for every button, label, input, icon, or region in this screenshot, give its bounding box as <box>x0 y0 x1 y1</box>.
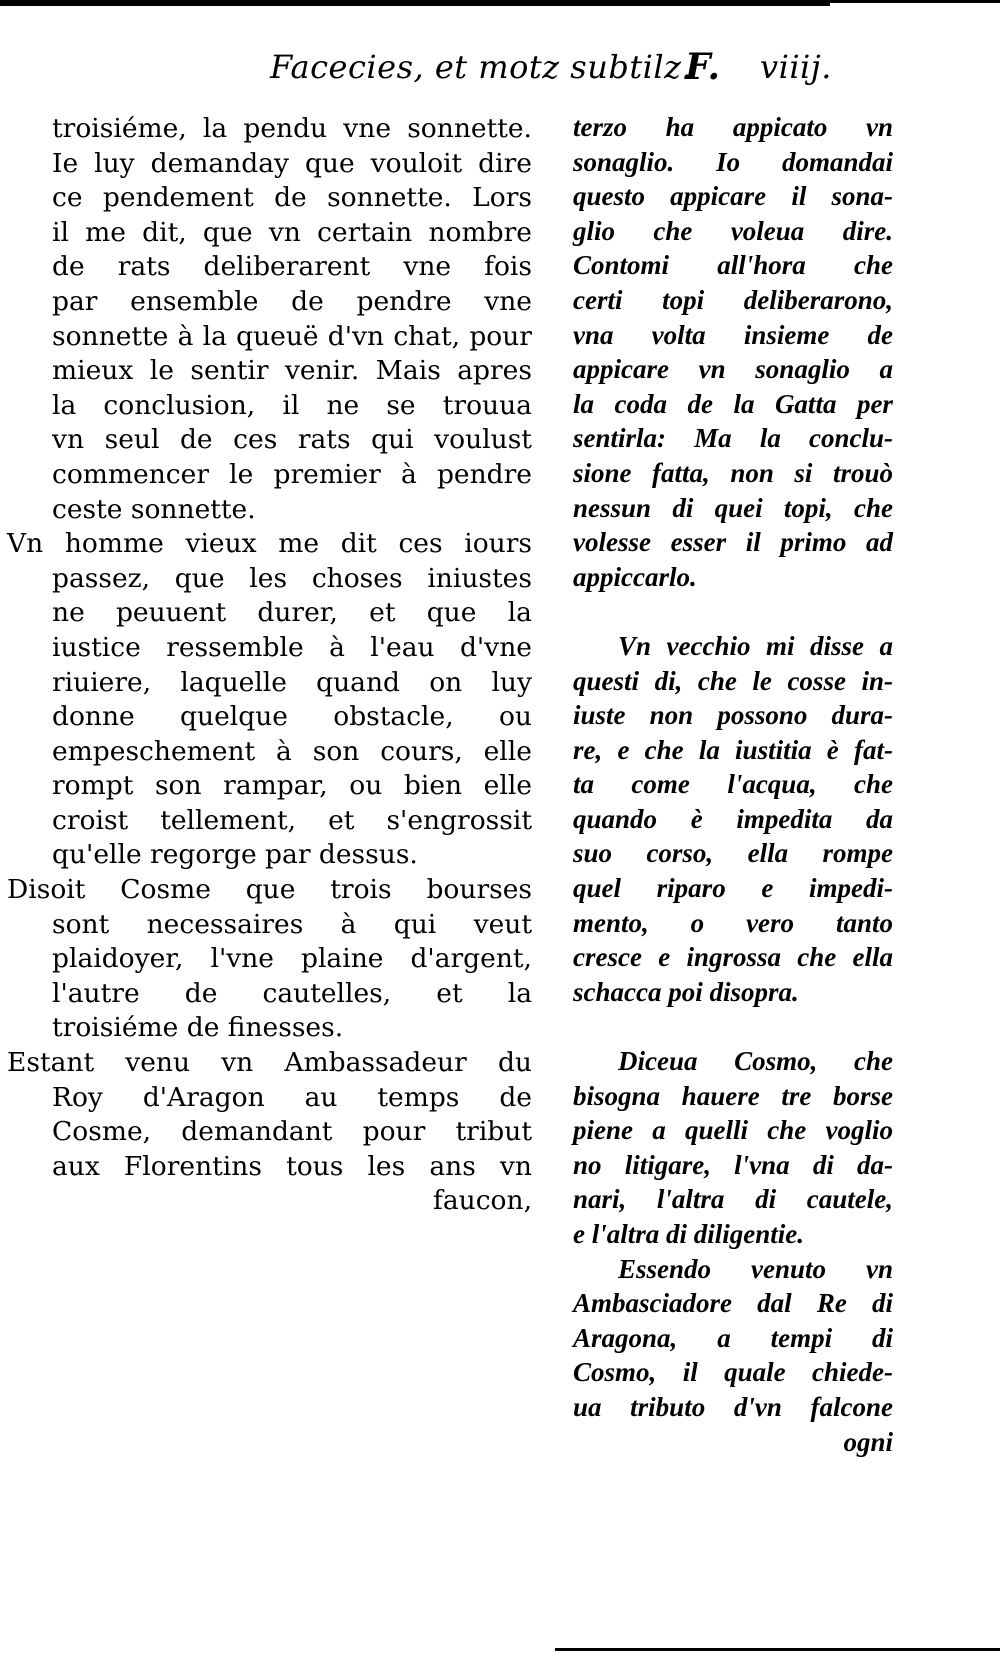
word: ella <box>852 940 893 975</box>
word: demanday <box>151 147 289 182</box>
word: a <box>879 352 893 387</box>
word: à <box>341 908 357 943</box>
italian-paragraph-ambassador: Essendovenutovn AmbasciadoredalRedi Arag… <box>573 1252 893 1425</box>
text-line: e l'altra di diligentie. <box>573 1217 893 1252</box>
word: fat- <box>854 733 893 768</box>
word: quale <box>724 1355 786 1390</box>
top-page-edge-gap <box>830 3 1000 6</box>
word: empeschement <box>52 735 255 770</box>
word: dal <box>757 1286 792 1321</box>
paragraph-gap <box>573 594 893 629</box>
word: ce <box>52 181 83 216</box>
word: vn <box>221 1046 253 1081</box>
word: re, <box>573 733 602 768</box>
word: plaine <box>301 942 383 977</box>
word: certi <box>573 283 622 318</box>
word: conclu- <box>809 421 893 456</box>
word: elle <box>484 769 532 804</box>
word: on <box>429 666 462 701</box>
signature-mark: F. <box>685 46 720 88</box>
word: dit, <box>142 216 187 251</box>
word: iustitia <box>735 733 812 768</box>
word: l'vne <box>210 942 273 977</box>
word: qui <box>371 423 414 458</box>
word: de <box>499 1081 532 1116</box>
text-line: Cosmo,ilqualechiede- <box>573 1355 893 1390</box>
word: volesse <box>573 525 651 560</box>
word: ensemble <box>130 285 258 320</box>
word: o <box>691 906 705 941</box>
text-line: passez,queleschosesiniustes <box>52 562 532 597</box>
word: questi <box>573 664 639 699</box>
text-line: Cosme,demandantpourtribut <box>52 1115 532 1150</box>
word: Ambassadeur <box>284 1046 466 1081</box>
word: mieux <box>52 354 133 389</box>
word: Diceua <box>618 1044 697 1079</box>
text-line: sonnetteàlaqueuëd'vnchat,pour <box>52 320 532 355</box>
word: laquelle <box>180 666 287 701</box>
word: ces <box>398 527 442 562</box>
word: impedita <box>736 802 832 837</box>
word: donne <box>52 700 135 735</box>
word: rampar, <box>223 769 328 804</box>
word: dire <box>478 147 532 182</box>
word: la <box>203 112 227 147</box>
text-line: Vnhommevieuxmeditcesiours <box>7 527 532 562</box>
word: à <box>178 320 194 355</box>
word: è <box>691 802 703 837</box>
text-line: quandoèimpeditada <box>573 802 893 837</box>
text-line: croisttellement,ets'engrossit <box>52 804 532 839</box>
word: me <box>278 527 319 562</box>
word: vn <box>866 1252 893 1287</box>
word: Ma <box>694 421 732 456</box>
word: che <box>653 214 692 249</box>
word: dit <box>341 527 377 562</box>
word: vouloit <box>371 147 463 182</box>
word: appicare <box>670 179 766 214</box>
word: Aragona, <box>573 1321 677 1356</box>
word: sonaglio. <box>573 145 674 180</box>
word: commencer <box>52 458 209 493</box>
word: sentirla: <box>573 421 666 456</box>
word: litigare, <box>625 1148 711 1183</box>
word: Disoit <box>7 873 85 908</box>
text-line: donnequelqueobstacle,ou <box>52 700 532 735</box>
text-line: mento,overotanto <box>573 906 893 941</box>
word: la <box>573 387 594 422</box>
word: mento, <box>573 906 649 941</box>
word: che <box>854 491 893 526</box>
word: tre <box>781 1079 811 1114</box>
word: à <box>401 458 417 493</box>
text-line: volesseesserilprimoad <box>573 525 893 560</box>
word: cautele, <box>807 1182 893 1217</box>
text-line: sentirla:Malaconclu- <box>573 421 893 456</box>
word: trouua <box>443 389 532 424</box>
word: vne <box>403 250 451 285</box>
word: certain <box>317 216 412 251</box>
word: Ambasciadore <box>573 1286 732 1321</box>
word: la <box>508 596 532 631</box>
word: se <box>386 389 415 424</box>
text-line: appicarevnsonaglioa <box>573 352 893 387</box>
word: l'altra <box>657 1182 725 1217</box>
word: de <box>274 181 307 216</box>
word: Vn <box>618 629 651 664</box>
text-line: deratsdeliberarentvnefois <box>52 250 532 285</box>
word: tribut <box>456 1115 532 1150</box>
word: le <box>752 664 772 699</box>
word: me <box>85 216 126 251</box>
word: que <box>203 216 253 251</box>
word: du <box>498 1046 532 1081</box>
word: insieme <box>744 318 830 353</box>
word: no <box>573 1148 602 1183</box>
word: Essendo <box>618 1252 711 1287</box>
word: la <box>699 733 720 768</box>
text-line: re,echelaiustitiaèfat- <box>573 733 893 768</box>
text-line: uatributod'vnfalcone <box>573 1390 893 1425</box>
word: di <box>672 491 693 526</box>
word: iours <box>464 527 532 562</box>
word: troisiéme, <box>52 112 187 147</box>
word: terzo <box>573 110 627 145</box>
word: il <box>683 1355 698 1390</box>
word: iustice <box>52 631 141 666</box>
word: Io <box>716 145 740 180</box>
word: seul <box>105 423 160 458</box>
word: e <box>617 733 629 768</box>
text-line: terzohaappicatovn <box>573 110 893 145</box>
word: a <box>652 1113 666 1148</box>
word: choses <box>312 562 403 597</box>
word: sonnette. <box>327 181 452 216</box>
word: Re <box>817 1286 847 1321</box>
text-line: nolitigare,l'vnadida- <box>573 1148 893 1183</box>
word: di <box>872 1321 893 1356</box>
word: Gatta <box>775 387 837 422</box>
text-line: tacomel'acqua,che <box>573 767 893 802</box>
word: a <box>880 629 894 664</box>
word: domandai <box>782 145 893 180</box>
text-line: quelriparoeimpedi- <box>573 871 893 906</box>
word: luy <box>94 147 135 182</box>
word: che <box>854 767 893 802</box>
word: et <box>328 804 354 839</box>
word: esser <box>671 525 727 560</box>
french-text-column: troisiéme,lapenduvnesonnette. Ieluydeman… <box>52 112 532 1219</box>
word: tanto <box>836 906 893 941</box>
word: Florentins <box>124 1150 262 1185</box>
word: qui <box>394 908 437 943</box>
word: falcone <box>811 1390 893 1425</box>
word: sentir <box>190 354 268 389</box>
word: au <box>305 1081 338 1116</box>
word: tous <box>286 1150 343 1185</box>
word: pour <box>469 320 532 355</box>
word: le <box>229 458 253 493</box>
word: sona- <box>831 179 893 214</box>
text-line: gliochevoleuadire. <box>573 214 893 249</box>
word: conclusion, <box>103 389 255 424</box>
word: non <box>730 456 774 491</box>
word: questo <box>573 179 645 214</box>
word: Lors <box>472 181 532 216</box>
word: Ie <box>52 147 78 182</box>
word: necessaires <box>147 908 304 943</box>
word: de <box>52 250 85 285</box>
word: tributo <box>630 1390 705 1425</box>
french-paragraph-ambassador: EstantvenuvnAmbassadeurdu Royd'Aragonaut… <box>52 1046 532 1184</box>
word: plaidoyer, <box>52 942 183 977</box>
word: que <box>427 596 477 631</box>
text-line: appiccarlo. <box>573 560 893 595</box>
word: ua <box>573 1390 602 1425</box>
word: vero <box>746 906 794 941</box>
word: che <box>645 733 684 768</box>
text-line: romptsonrampar,oubienelle <box>52 769 532 804</box>
word: dire. <box>843 214 893 249</box>
word: d'vn <box>734 1390 782 1425</box>
text-line: cependementdesonnette.Lors <box>52 181 532 216</box>
word: che <box>854 1044 893 1079</box>
word: ou <box>499 700 532 735</box>
paragraph-gap <box>573 1009 893 1044</box>
word: bourses <box>426 873 532 908</box>
word: in- <box>861 664 893 699</box>
word: il <box>282 389 299 424</box>
word: bien <box>404 769 462 804</box>
word: ingrossa <box>686 940 781 975</box>
word: Cosme <box>120 873 211 908</box>
text-line: DisoitCosmequetroisbourses <box>7 873 532 908</box>
word: par <box>52 285 97 320</box>
word: suo <box>573 836 612 871</box>
word: ans <box>429 1150 475 1185</box>
word: di <box>872 1286 893 1321</box>
word: di <box>813 1148 834 1183</box>
text-line: riuiere,laquellequandonluy <box>52 666 532 701</box>
word: de <box>687 387 712 422</box>
word: quando <box>573 802 657 837</box>
word: premier <box>274 458 381 493</box>
text-line: sontnecessairesàquiveut <box>52 908 532 943</box>
word: d'argent, <box>410 942 532 977</box>
text-line: EstantvenuvnAmbassadeurdu <box>7 1046 532 1081</box>
word: riuiere, <box>52 666 151 701</box>
word: il <box>52 216 69 251</box>
text-line: lacodadelaGattaper <box>573 387 893 422</box>
word: voulust <box>434 423 532 458</box>
word: passez, <box>52 562 150 597</box>
word: rats <box>118 250 171 285</box>
word: che <box>698 664 737 699</box>
word: queuë <box>236 320 318 355</box>
word: nessun <box>573 491 651 526</box>
word: topi <box>662 283 704 318</box>
word: d'vne <box>460 631 532 666</box>
text-line: parensembledependrevne <box>52 285 532 320</box>
text-line: plaidoyer,l'vneplained'argent, <box>52 942 532 977</box>
text-line: Royd'Aragonautempsde <box>52 1081 532 1116</box>
word: l'acqua, <box>727 767 816 802</box>
text-line: pieneaquellichevoglio <box>573 1113 893 1148</box>
word: nari, <box>573 1182 626 1217</box>
text-line: vnseuldecesratsquivoulust <box>52 423 532 458</box>
word: apres <box>457 354 532 389</box>
word: Roy <box>52 1081 103 1116</box>
word: vieux <box>185 527 256 562</box>
word: chiede- <box>812 1355 893 1390</box>
word: la <box>733 387 754 422</box>
word: la <box>52 389 76 424</box>
catchword-italian: ogni <box>573 1425 893 1460</box>
word: pendre <box>437 458 532 493</box>
word: obstacle, <box>333 700 453 735</box>
word: il <box>746 525 761 560</box>
word: s'engrossit <box>386 804 532 839</box>
word: vn <box>699 352 726 387</box>
word: possono <box>717 698 807 733</box>
word: aux <box>52 1150 100 1185</box>
word: glio <box>573 214 615 249</box>
word: les <box>249 562 287 597</box>
text-line: iusticeressembleàl'eaud'vne <box>52 631 532 666</box>
word: de <box>185 977 218 1012</box>
word: chat, <box>393 320 460 355</box>
text-line: troisiéme de finesses. <box>52 1011 532 1046</box>
word: vn <box>500 1150 532 1185</box>
word: quel <box>573 871 621 906</box>
word: non <box>650 698 694 733</box>
word: di <box>755 1182 776 1217</box>
text-line: cresceeingrossacheella <box>573 940 893 975</box>
word: peuuent <box>116 596 226 631</box>
word: de <box>291 285 324 320</box>
word: Cosmo, <box>734 1044 817 1079</box>
text-line: sonaglio.Iodomandai <box>573 145 893 180</box>
word: de <box>180 423 213 458</box>
italian-paragraph-three-purses: DiceuaCosmo,che bisognahaueretreborse pi… <box>573 1044 893 1252</box>
text-line: DiceuaCosmo,che <box>573 1044 893 1079</box>
word: la <box>760 421 781 456</box>
word: et <box>436 977 462 1012</box>
word: si <box>794 456 812 491</box>
word: les <box>367 1150 405 1185</box>
word: ou <box>349 769 382 804</box>
text-line: schacca poi disopra. <box>573 975 893 1010</box>
word: que <box>305 147 355 182</box>
word: sonaglio <box>755 352 850 387</box>
running-title: Facecies, et motz subtilz. <box>270 48 692 86</box>
word: disse <box>810 629 864 664</box>
word: bisogna <box>573 1079 660 1114</box>
running-header: Facecies, et motz subtilz. F. viiij. <box>270 48 890 98</box>
french-paragraph-rats-bell: troisiéme,lapenduvnesonnette. Ieluydeman… <box>52 112 532 527</box>
text-line: questidi,chelecossein- <box>573 664 893 699</box>
text-line: troisiéme,lapenduvnesonnette. <box>52 112 532 147</box>
word: hauere <box>682 1079 760 1114</box>
word: tempi <box>771 1321 833 1356</box>
word: le <box>150 354 174 389</box>
word: pendement <box>103 181 254 216</box>
text-line: questoappicareilsona- <box>573 179 893 214</box>
word: luy <box>491 666 532 701</box>
word: borse <box>833 1079 893 1114</box>
word: l'eau <box>370 631 434 666</box>
word: venir. <box>285 354 359 389</box>
word: volta <box>652 318 706 353</box>
word: ha <box>666 110 695 145</box>
word: ta <box>573 767 594 802</box>
word: appicare <box>573 352 669 387</box>
word: il <box>791 179 806 214</box>
word: e <box>658 940 670 975</box>
word: ces <box>233 423 277 458</box>
italian-paragraph-rats-bell: terzohaappicatovn sonaglio.Iodomandai qu… <box>573 110 893 594</box>
word: che <box>767 1113 806 1148</box>
word: que <box>246 873 296 908</box>
text-line: suocorso,ellarompe <box>573 836 893 871</box>
word: venuto <box>751 1252 826 1287</box>
word: pendu <box>243 112 327 147</box>
french-paragraph-justice-river: Vnhommevieuxmeditcesiours passez,quelesc… <box>52 527 532 873</box>
word: vn <box>269 216 301 251</box>
word: coda <box>615 387 667 422</box>
word: e <box>761 871 773 906</box>
text-line: nari,l'altradicautele, <box>573 1182 893 1217</box>
word: vn <box>52 423 84 458</box>
word: dura- <box>831 698 893 733</box>
word: corso, <box>646 836 713 871</box>
word: rats <box>298 423 351 458</box>
word: la <box>203 320 227 355</box>
word: come <box>631 767 689 802</box>
word: à <box>329 631 345 666</box>
word: topi, <box>784 491 833 526</box>
folio-number: viiij. <box>760 48 832 86</box>
text-line: vnavoltainsiemede <box>573 318 893 353</box>
word: all'hora <box>717 248 806 283</box>
italian-text-column: terzohaappicatovn sonaglio.Iodomandai qu… <box>573 110 893 1459</box>
word: quelque <box>180 700 288 735</box>
word: que <box>175 562 225 597</box>
catchword-french: faucon, <box>52 1184 532 1219</box>
word: homme <box>65 527 164 562</box>
word: veut <box>474 908 532 943</box>
word: ad <box>866 525 893 560</box>
text-line: ilmedit,quevncertainnombre <box>52 216 532 251</box>
word: vecchio <box>667 629 751 664</box>
word: Cosme, <box>52 1115 151 1150</box>
text-line: iustenonpossonodura- <box>573 698 893 733</box>
word: elle <box>484 735 532 770</box>
word: son <box>313 735 360 770</box>
word: rompe <box>823 836 894 871</box>
text-line: empeschementàsoncours,elle <box>52 735 532 770</box>
italian-paragraph-justice-river: Vnvecchiomidissea questidi,chelecossein-… <box>573 629 893 1010</box>
text-line: ceste sonnette. <box>52 493 532 528</box>
text-line: Aragona,atempidi <box>573 1321 893 1356</box>
word: pour <box>363 1115 426 1150</box>
text-line: auxFlorentinstouslesansvn <box>52 1150 532 1185</box>
word: pendre <box>357 285 452 320</box>
text-line: AmbasciadoredalRedi <box>573 1286 893 1321</box>
word: piene <box>573 1113 633 1148</box>
word: sione <box>573 456 632 491</box>
word: appicato <box>733 110 828 145</box>
